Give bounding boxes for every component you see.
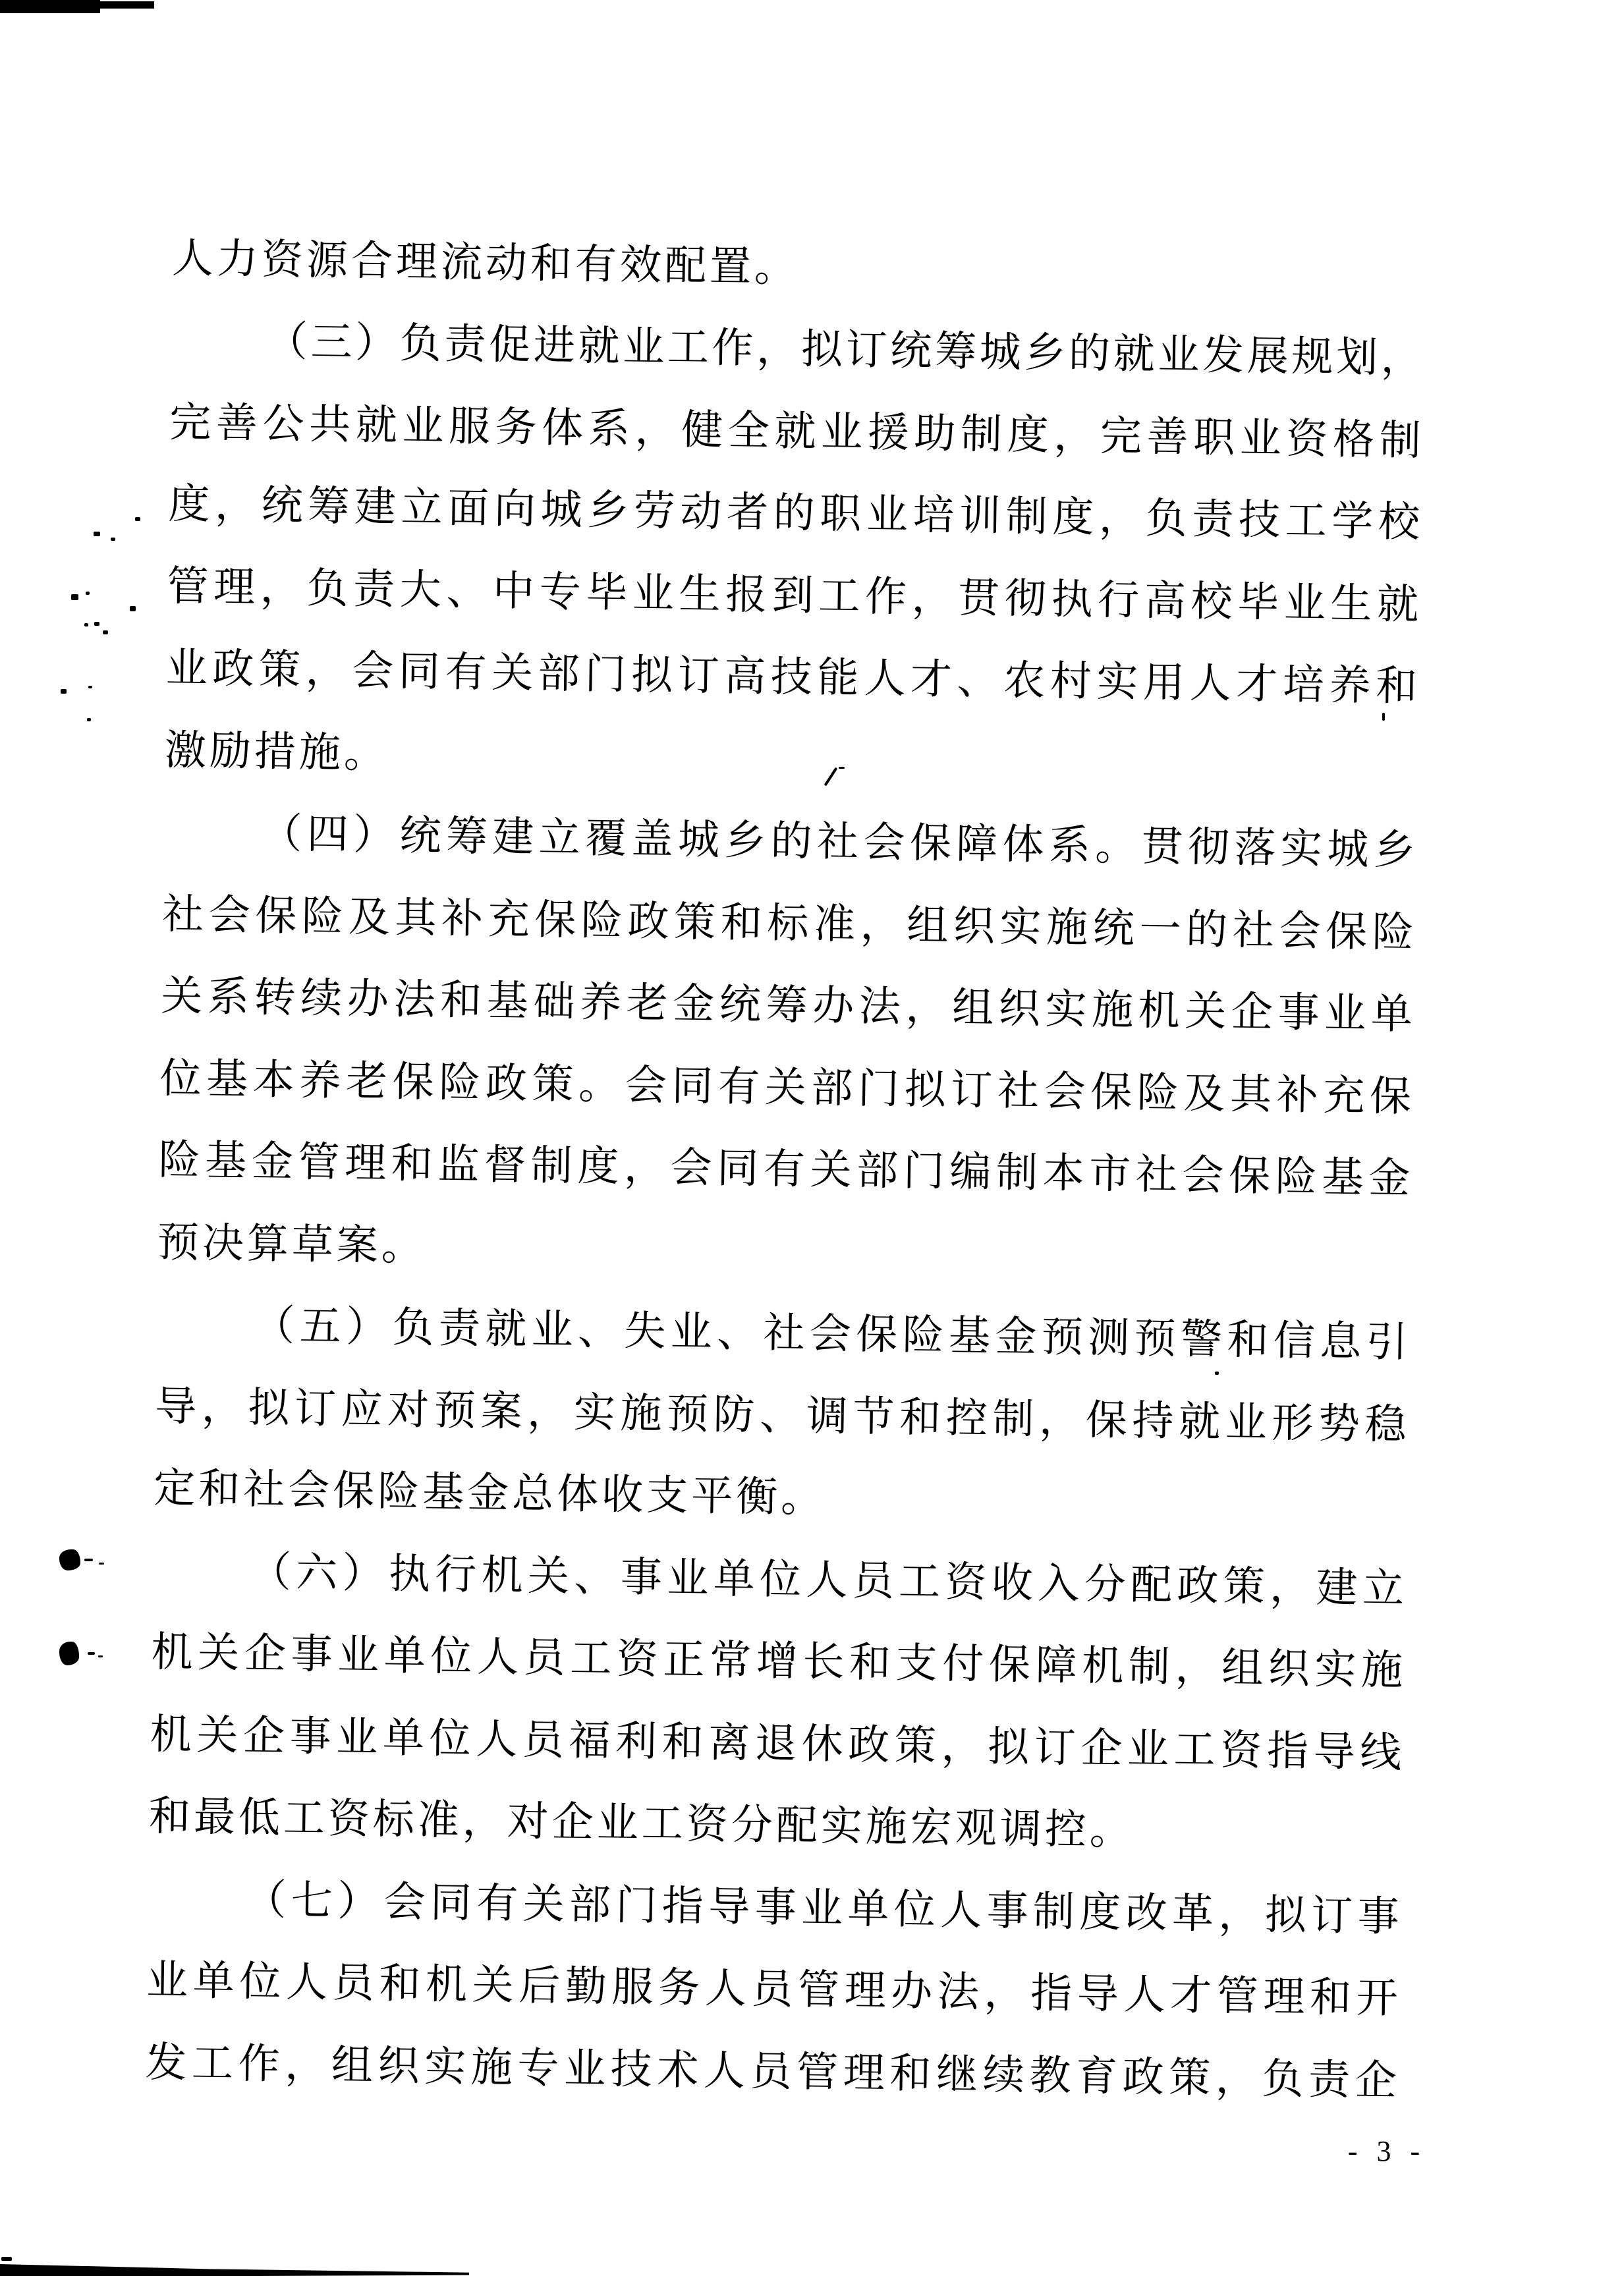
scan-artifact-speck [86,592,90,595]
paragraph-indent [156,1320,248,1322]
scan-artifact-speck [88,686,92,688]
scan-artifact-speck [84,1559,93,1561]
scan-artifact-ink-blot [59,1549,80,1570]
scan-artifact-speck [94,622,99,626]
paragraph-indent [171,336,263,338]
scan-artifact-speck [94,532,100,536]
scan-artifact-speck [103,630,108,634]
scan-artifact-speck [88,1652,95,1655]
page-number: - 3 - [1337,2134,1436,2168]
scan-artifact-speck [98,1655,103,1657]
scan-artifact-speck [84,623,88,626]
scan-artifact-speck [1215,1372,1219,1375]
paragraph-indent [163,828,256,830]
scanned-document-page: 人力资源合理流动和有效配置。（三）负责促进就业工作，拟订统筹城乡的就业发展规划，… [0,0,1624,2276]
document-text-block: 人力资源合理流动和有效配置。（三）负责促进就业工作，拟订统筹城乡的就业发展规划，… [145,213,1424,2118]
scan-artifact-bottom-smudge [0,2262,469,2276]
scan-artifact-speck [130,606,136,611]
paragraph-indent [148,1894,240,1896]
scan-artifact-corner-bar [0,0,100,13]
scan-artifact-ink-blot [59,1642,79,1665]
scan-artifact-speck [135,517,140,521]
scan-artifact-speck [1382,713,1385,721]
scan-artifact-speck [1,2257,12,2261]
scan-artifact-corner-bar [99,1,154,9]
scan-artifact-speck [87,718,91,721]
scan-artifact-speck [99,1563,104,1565]
scan-artifact-speck [111,538,115,541]
paragraph-indent [153,1567,245,1568]
scan-artifact-speck [61,689,67,694]
scan-artifact-speck [71,594,78,600]
scan-artifact-speck [839,767,845,769]
